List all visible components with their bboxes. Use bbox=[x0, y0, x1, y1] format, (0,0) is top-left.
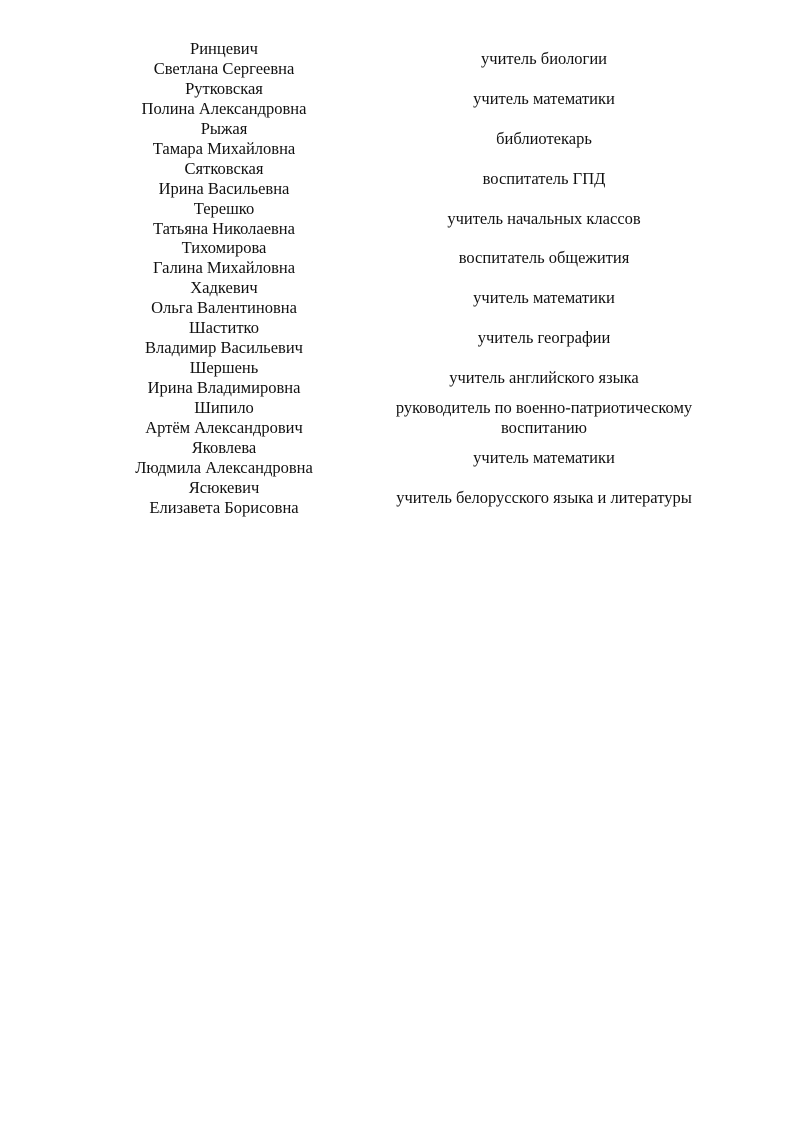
staff-role-cell: учитель математики bbox=[330, 278, 758, 318]
staff-role: учитель начальных классов bbox=[447, 209, 640, 229]
staff-role: учитель математики bbox=[473, 89, 615, 109]
staff-role-cell: воспитатель общежития bbox=[330, 238, 758, 278]
staff-name-cell: ШаститкоВладимир Васильевич bbox=[118, 318, 330, 358]
staff-given-names: Тамара Михайловна bbox=[118, 139, 330, 159]
staff-name-cell: РинцевичСветлана Сергеевна bbox=[118, 39, 330, 79]
staff-given-names: Светлана Сергеевна bbox=[118, 59, 330, 79]
table-row: РутковскаяПолина Александровнаучитель ма… bbox=[118, 79, 758, 119]
staff-role: учитель белорусского языка и литературы bbox=[396, 488, 692, 508]
staff-surname: Шаститко bbox=[118, 318, 330, 338]
staff-role: учитель английского языка bbox=[449, 368, 639, 388]
staff-role: воспитатель общежития bbox=[459, 248, 630, 268]
staff-given-names: Татьяна Николаевна bbox=[118, 219, 330, 239]
staff-given-names: Галина Михайловна bbox=[118, 258, 330, 278]
staff-name-cell: ШипилоАртём Александрович bbox=[118, 398, 330, 438]
staff-role: руководитель по военно-патриотическому в… bbox=[379, 398, 709, 438]
staff-role-cell: учитель начальных классов bbox=[330, 199, 758, 239]
staff-given-names: Ирина Васильевна bbox=[118, 179, 330, 199]
staff-role-cell: руководитель по военно-патриотическому в… bbox=[330, 398, 758, 438]
table-row: ЯсюкевичЕлизавета Борисовнаучитель белор… bbox=[118, 478, 758, 518]
staff-surname: Хадкевич bbox=[118, 278, 330, 298]
staff-surname: Ясюкевич bbox=[118, 478, 330, 498]
staff-given-names: Ирина Владимировна bbox=[118, 378, 330, 398]
staff-name-cell: РыжаяТамара Михайловна bbox=[118, 119, 330, 159]
staff-role: библиотекарь bbox=[496, 129, 592, 149]
staff-name-cell: ЯковлеваЛюдмила Александровна bbox=[118, 438, 330, 478]
staff-given-names: Полина Александровна bbox=[118, 99, 330, 119]
staff-name-cell: ХадкевичОльга Валентиновна bbox=[118, 278, 330, 318]
staff-name-cell: ТерешкоТатьяна Николаевна bbox=[118, 199, 330, 239]
staff-role: учитель математики bbox=[473, 448, 615, 468]
staff-role: учитель биологии bbox=[481, 49, 607, 69]
staff-surname: Ринцевич bbox=[118, 39, 330, 59]
staff-surname: Рыжая bbox=[118, 119, 330, 139]
table-row: ШипилоАртём Александровичруководитель по… bbox=[118, 398, 758, 438]
table-row: ХадкевичОльга Валентиновнаучитель матема… bbox=[118, 278, 758, 318]
staff-given-names: Елизавета Борисовна bbox=[118, 498, 330, 518]
staff-given-names: Людмила Александровна bbox=[118, 458, 330, 478]
staff-role-cell: учитель биологии bbox=[330, 39, 758, 79]
table-row: ЯковлеваЛюдмила Александровнаучитель мат… bbox=[118, 438, 758, 478]
staff-surname: Шипило bbox=[118, 398, 330, 418]
staff-role: учитель математики bbox=[473, 288, 615, 308]
staff-role-cell: учитель английского языка bbox=[330, 358, 758, 398]
staff-given-names: Ольга Валентиновна bbox=[118, 298, 330, 318]
staff-role-cell: учитель математики bbox=[330, 438, 758, 478]
staff-name-cell: ШершеньИрина Владимировна bbox=[118, 358, 330, 398]
table-row: РыжаяТамара Михайловнабиблиотекарь bbox=[118, 119, 758, 159]
staff-name-cell: СятковскаяИрина Васильевна bbox=[118, 159, 330, 199]
staff-name-cell: ЯсюкевичЕлизавета Борисовна bbox=[118, 478, 330, 518]
table-row: СятковскаяИрина Васильевнавоспитатель ГП… bbox=[118, 159, 758, 199]
staff-role-cell: воспитатель ГПД bbox=[330, 159, 758, 199]
staff-role: воспитатель ГПД bbox=[483, 169, 606, 189]
staff-given-names: Владимир Васильевич bbox=[118, 338, 330, 358]
staff-name-cell: ТихомироваГалина Михайловна bbox=[118, 238, 330, 278]
staff-surname: Шершень bbox=[118, 358, 330, 378]
staff-table: РинцевичСветлана Сергеевнаучитель биолог… bbox=[118, 39, 758, 518]
staff-role-cell: библиотекарь bbox=[330, 119, 758, 159]
staff-surname: Терешко bbox=[118, 199, 330, 219]
staff-role: учитель географии bbox=[478, 328, 611, 348]
staff-role-cell: учитель математики bbox=[330, 79, 758, 119]
table-row: ШаститкоВладимир Васильевичучитель геогр… bbox=[118, 318, 758, 358]
staff-surname: Сятковская bbox=[118, 159, 330, 179]
staff-name-cell: РутковскаяПолина Александровна bbox=[118, 79, 330, 119]
table-row: ШершеньИрина Владимировнаучитель английс… bbox=[118, 358, 758, 398]
staff-surname: Яковлева bbox=[118, 438, 330, 458]
table-row: ТерешкоТатьяна Николаевнаучитель начальн… bbox=[118, 199, 758, 239]
staff-role-cell: учитель белорусского языка и литературы bbox=[330, 478, 758, 518]
staff-role-cell: учитель географии bbox=[330, 318, 758, 358]
table-row: ТихомироваГалина Михайловнавоспитатель о… bbox=[118, 238, 758, 278]
staff-given-names: Артём Александрович bbox=[118, 418, 330, 438]
staff-surname: Рутковская bbox=[118, 79, 330, 99]
staff-surname: Тихомирова bbox=[118, 238, 330, 258]
table-row: РинцевичСветлана Сергеевнаучитель биолог… bbox=[118, 39, 758, 79]
